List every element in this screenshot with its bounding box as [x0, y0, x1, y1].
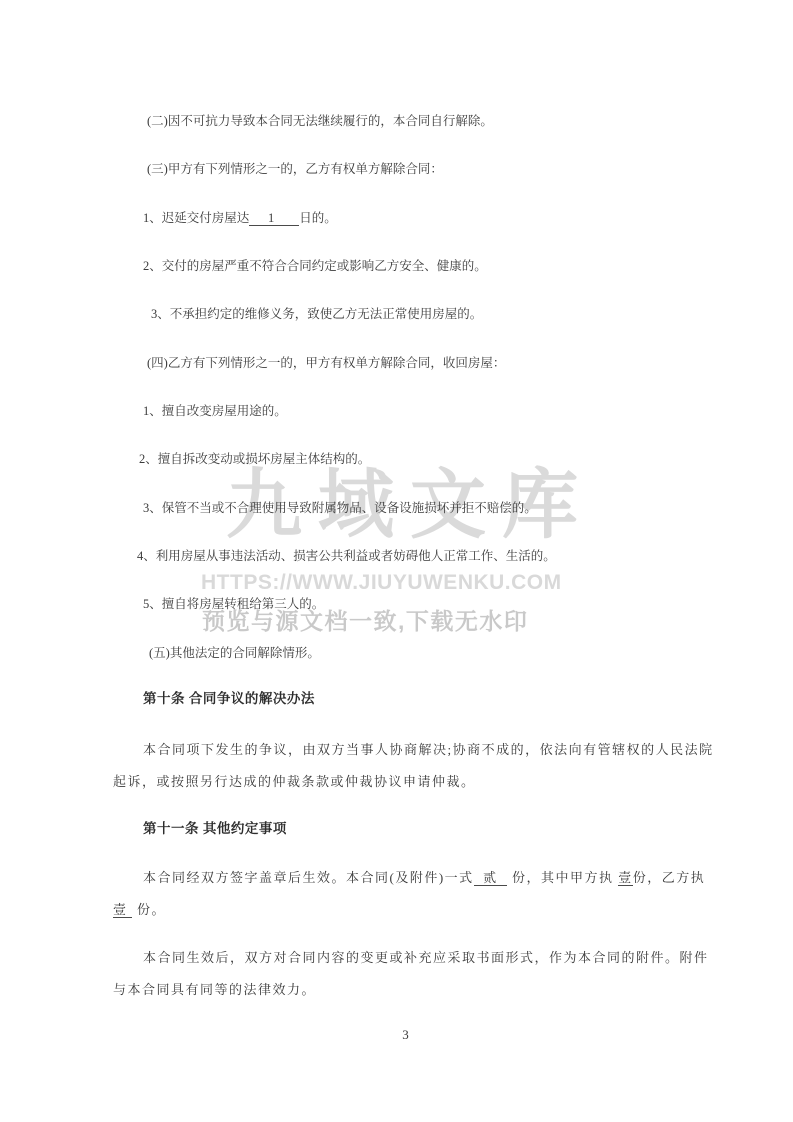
article-11-paragraph-2-line-2: 与本合同具有同等的法律效力。: [113, 982, 316, 998]
article-10-paragraph-line-2: 起诉，或按照另行达成的仲裁条款或仲裁协议申请仲裁。: [113, 774, 476, 790]
fill-in-blank-days: 1: [249, 211, 299, 226]
paragraph-text: 份，其中甲方执: [507, 870, 618, 885]
watermark-tagline: 预览与源文档一致,下载无水印: [202, 608, 528, 636]
clause-text: 日的。: [299, 211, 337, 225]
clause-3-sub-3: 3、不承担约定的维修义务，致使乙方无法正常使用房屋的。: [151, 306, 482, 322]
clause-item-5: (五)其他法定的合同解除情形。: [149, 645, 320, 661]
page-number: 3: [0, 1027, 793, 1043]
article-11-paragraph-1-line-1: 本合同经双方签字盖章后生效。本合同(及附件)一式 贰 份，其中甲方执 壹份，乙方…: [143, 870, 705, 886]
clause-item-3: (三)甲方有下列情形之一的，乙方有权单方解除合同：: [147, 161, 443, 177]
paragraph-text: 份，乙方执: [633, 870, 706, 885]
clause-item-4: (四)乙方有下列情形之一的，甲方有权单方解除合同，收回房屋：: [147, 355, 505, 371]
article-11-paragraph-1-line-2: 壹 份。: [113, 902, 166, 918]
fill-in-blank-copies: 贰: [474, 870, 508, 886]
article-11-paragraph-2-line-1: 本合同生效后，双方对合同内容的变更或补充应采取书面形式，作为本合同的附件。附件: [143, 950, 709, 966]
document-page: 九域文库 HTTPS://WWW.JIUYUWENKU.COM 预览与源文档一致…: [0, 0, 793, 1122]
fill-in-blank-party-b-copies: 壹: [113, 902, 132, 918]
clause-4-sub-3: 3、保管不当或不合理使用导致附属物品、设备设施损坏并拒不赔偿的。: [143, 500, 537, 516]
paragraph-text: 本合同经双方签字盖章后生效。本合同(及附件)一式: [143, 870, 474, 885]
fill-in-blank-party-a-copies: 壹: [618, 870, 633, 886]
clause-4-sub-5: 5、擅自将房屋转租给第三人的。: [143, 596, 324, 612]
clause-item-2: (二)因不可抗力导致本合同无法继续履行的，本合同自行解除。: [147, 113, 493, 129]
clause-text: 1、迟延交付房屋达: [143, 211, 249, 225]
clause-4-sub-4: 4、利用房屋从事违法活动、损害公共利益或者妨碍他人正常工作、生活的。: [137, 548, 556, 564]
watermark-url: HTTPS://WWW.JIUYUWENKU.COM: [201, 572, 562, 593]
paragraph-text: 份。: [132, 902, 166, 917]
clause-3-sub-1: 1、迟延交付房屋达 1 日的。: [143, 210, 337, 226]
article-11-heading: 第十一条 其他约定事项: [143, 821, 287, 837]
clause-4-sub-1: 1、擅自改变房屋用途的。: [143, 403, 287, 419]
article-10-paragraph-line-1: 本合同项下发生的争议，由双方当事人协商解决;协商不成的，依法向有管辖权的人民法院: [143, 742, 714, 758]
clause-4-sub-2: 2、擅自拆改变动或损坏房屋主体结构的。: [139, 451, 370, 467]
article-10-heading: 第十条 合同争议的解决办法: [143, 691, 315, 707]
clause-3-sub-2: 2、交付的房屋严重不符合合同约定或影响乙方安全、健康的。: [143, 258, 487, 274]
